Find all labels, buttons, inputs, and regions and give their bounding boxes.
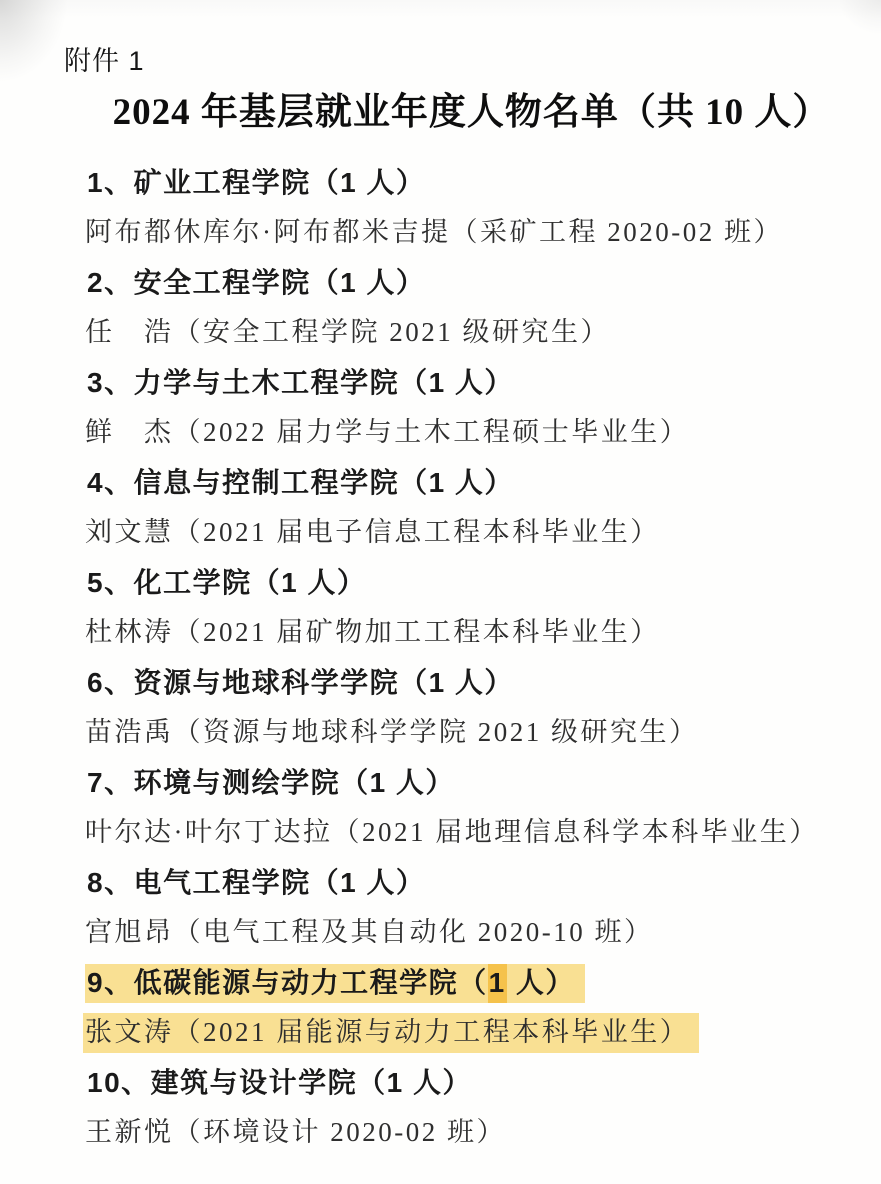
detail-text: 王新悦（环境设计 2020-02 班）: [85, 1117, 506, 1147]
section-heading: 3、力学与土木工程学院（1 人）: [87, 366, 881, 400]
heading-text: 5、化工学院（1 人）: [87, 567, 366, 598]
section-detail: 杜林涛（2021 届矿物加工工程本科毕业生）: [85, 613, 881, 651]
section-detail: 鲜 杰（2022 届力学与土木工程硕士毕业生）: [85, 413, 881, 451]
heading-highlight: 3、力学与土木工程学院（1 人）: [87, 367, 514, 398]
section: 7、环境与测绘学院（1 人） 叶尔达·叶尔丁达拉（2021 届地理信息科学本科毕…: [85, 766, 881, 851]
detail-text: 叶尔达·叶尔丁达拉（2021 届地理信息科学本科毕业生）: [85, 817, 819, 847]
section: 10、建筑与设计学院（1 人） 王新悦（环境设计 2020-02 班）: [85, 1066, 881, 1151]
section-heading: 8、电气工程学院（1 人）: [87, 866, 881, 900]
section-heading: 2、安全工程学院（1 人）: [87, 266, 881, 300]
heading-highlight: 6、资源与地球科学学院（1 人）: [87, 667, 514, 698]
heading-text: 10、建筑与设计学院（1 人）: [87, 1067, 472, 1098]
sections-list: 1、矿业工程学院（1 人） 阿布都休库尔·阿布都米吉提（采矿工程 2020-02…: [85, 166, 881, 1151]
detail-text: 杜林涛（2021 届矿物加工工程本科毕业生）: [85, 617, 660, 647]
detail-text: 宫旭昂（电气工程及其自动化 2020-10 班）: [85, 917, 654, 947]
section-detail: 宫旭昂（电气工程及其自动化 2020-10 班）: [85, 913, 881, 951]
detail-text: 任 浩（安全工程学院 2021 级研究生）: [85, 317, 610, 347]
section-detail: 任 浩（安全工程学院 2021 级研究生）: [85, 313, 881, 351]
section-detail: 张文涛（2021 届能源与动力工程本科毕业生）: [85, 1013, 881, 1051]
detail-text: 苗浩禹（资源与地球科学学院 2021 级研究生）: [85, 717, 699, 747]
section: 6、资源与地球科学学院（1 人） 苗浩禹（资源与地球科学学院 2021 级研究生…: [85, 666, 881, 751]
detail-text: 鲜 杰（2022 届力学与土木工程硕士毕业生）: [85, 417, 689, 447]
highlight-mark: 1: [488, 964, 507, 1003]
heading-text: 1、矿业工程学院（1 人）: [87, 167, 425, 198]
section-heading: 1、矿业工程学院（1 人）: [87, 166, 881, 200]
section-detail: 叶尔达·叶尔丁达拉（2021 届地理信息科学本科毕业生）: [85, 813, 881, 851]
detail-text: 张文涛（2021 届能源与动力工程本科毕业生）: [83, 1013, 699, 1053]
section: 5、化工学院（1 人） 杜林涛（2021 届矿物加工工程本科毕业生）: [85, 566, 881, 651]
heading-highlight: 7、环境与测绘学院（1 人）: [87, 767, 455, 798]
heading-text: 3、力学与土木工程学院（1 人）: [87, 367, 514, 398]
section-heading: 4、信息与控制工程学院（1 人）: [87, 466, 881, 500]
heading-text: 2、安全工程学院（1 人）: [87, 267, 425, 298]
section-detail: 王新悦（环境设计 2020-02 班）: [85, 1113, 881, 1151]
section-detail: 阿布都休库尔·阿布都米吉提（采矿工程 2020-02 班）: [85, 213, 881, 251]
section-heading: 9、低碳能源与动力工程学院（1 人）: [87, 966, 881, 1000]
detail-text: 刘文慧（2021 届电子信息工程本科毕业生）: [85, 517, 660, 547]
section-detail: 刘文慧（2021 届电子信息工程本科毕业生）: [85, 513, 881, 551]
section: 1、矿业工程学院（1 人） 阿布都休库尔·阿布都米吉提（采矿工程 2020-02…: [85, 166, 881, 251]
heading-highlight: 5、化工学院（1 人）: [87, 567, 366, 598]
heading-text: 9、低碳能源与动力工程学院（: [87, 967, 488, 998]
heading-highlight: 4、信息与控制工程学院（1 人）: [87, 467, 514, 498]
heading-text-suffix: 人）: [507, 967, 575, 998]
heading-text: 7、环境与测绘学院（1 人）: [87, 767, 455, 798]
section-detail: 苗浩禹（资源与地球科学学院 2021 级研究生）: [85, 713, 881, 751]
heading-text: 8、电气工程学院（1 人）: [87, 867, 425, 898]
section: 8、电气工程学院（1 人） 宫旭昂（电气工程及其自动化 2020-10 班）: [85, 866, 881, 951]
heading-text: 6、资源与地球科学学院（1 人）: [87, 667, 514, 698]
section: 9、低碳能源与动力工程学院（1 人） 张文涛（2021 届能源与动力工程本科毕业…: [85, 966, 881, 1051]
heading-highlight: 8、电气工程学院（1 人）: [87, 867, 425, 898]
document-title: 2024 年基层就业年度人物名单（共 10 人）: [0, 91, 881, 135]
section: 2、安全工程学院（1 人） 任 浩（安全工程学院 2021 级研究生）: [85, 266, 881, 351]
section-heading: 5、化工学院（1 人）: [87, 566, 881, 600]
heading-highlight: 1、矿业工程学院（1 人）: [87, 167, 425, 198]
heading-highlight: 2、安全工程学院（1 人）: [87, 267, 425, 298]
heading-highlight: 9、低碳能源与动力工程学院（1 人）: [85, 964, 585, 1003]
section: 3、力学与土木工程学院（1 人） 鲜 杰（2022 届力学与土木工程硕士毕业生）: [85, 366, 881, 451]
section-heading: 7、环境与测绘学院（1 人）: [87, 766, 881, 800]
section-heading: 6、资源与地球科学学院（1 人）: [87, 666, 881, 700]
heading-highlight: 10、建筑与设计学院（1 人）: [87, 1067, 472, 1098]
section-heading: 10、建筑与设计学院（1 人）: [87, 1066, 881, 1100]
detail-text: 阿布都休库尔·阿布都米吉提（采矿工程 2020-02 班）: [85, 217, 783, 247]
attachment-label: 附件 1: [0, 0, 881, 78]
document-page: 附件 1 2024 年基层就业年度人物名单（共 10 人） 1、矿业工程学院（1…: [0, 0, 881, 1184]
section: 4、信息与控制工程学院（1 人） 刘文慧（2021 届电子信息工程本科毕业生）: [85, 466, 881, 551]
heading-text: 4、信息与控制工程学院（1 人）: [87, 467, 514, 498]
